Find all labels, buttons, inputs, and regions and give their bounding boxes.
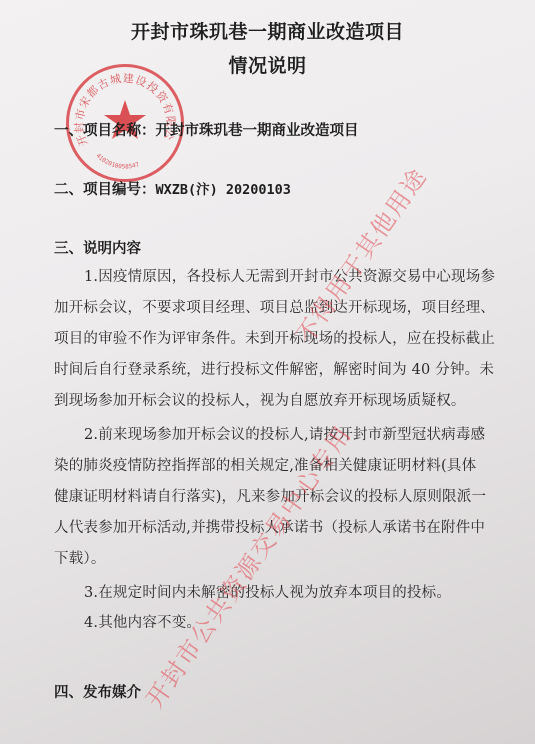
watermark-stamp-continued: 不得用于其他用途 [286,159,434,349]
section-project-number: 二、项目编号：WXZB(汴) 20200103 [54,178,291,199]
paragraph-line: 下载）。 [54,549,494,569]
svg-text:4102010058547: 4102010058547 [95,152,141,170]
section-project-name: 一、项目名称：开封市珠玑巷一期商业改造项目 [54,119,359,140]
paragraph-line: 健康证明材料请自行落实)，凡来参加开标会议的投标人原则限派一 [54,487,494,507]
paragraph-line: 3.在规定时间内未解密的投标人视为放弃本项目的投标。 [84,583,494,603]
paragraph-line: 2.前来现场参加开标会议的投标人,请按开封市新型冠状病毒感 [84,425,494,445]
document-title: 开封市珠玑巷一期商业改造项目 [0,17,535,44]
paragraph-line: 染的肺炎疫情防控指挥部的相关规定,准备相关健康证明材料(具体 [54,456,494,476]
paragraph-line: 人代表参加开标活动,并携带投标人承诺书（投标人承诺书在附件中 [54,518,494,538]
paragraph-line: 项目的审验不作为评审条件。未到开标现场的投标人，应在投标截止 [54,329,494,349]
document-subtitle: 情况说明 [0,51,535,78]
section-explanation-heading: 三、说明内容 [54,237,141,258]
paragraph-line: 4.其他内容不变。 [84,613,494,633]
paragraph-line: 时间后自行登录系统，进行投标文件解密，解密时间为 40 分钟。未 [54,360,494,380]
paragraph-line: 加开标会议，不要求项目经理、项目总监到达开标现场，项目经理、 [54,298,494,318]
paragraph-line: 到现场参加开标会议的投标人，视为自愿放弃开标现场质疑权。 [54,391,494,411]
project-number-value: WXZB(汴) 20200103 [156,182,291,198]
project-name-value: 开封市珠玑巷一期商业改造项目 [156,123,359,139]
project-name-label: 一、项目名称： [54,123,156,139]
project-number-label: 二、项目编号： [54,182,156,198]
section-media-heading: 四、发布媒介 [54,681,141,702]
paragraph-line: 1.因疫情原因，各投标人无需到开封市公共资源交易中心现场参 [84,267,494,287]
seal-code: 4102010058547 [95,152,141,170]
document-page: 开封市珠玑巷一期商业改造项目 情况说明 开封市宋都古城建设投资有限公司 4102… [0,0,535,744]
